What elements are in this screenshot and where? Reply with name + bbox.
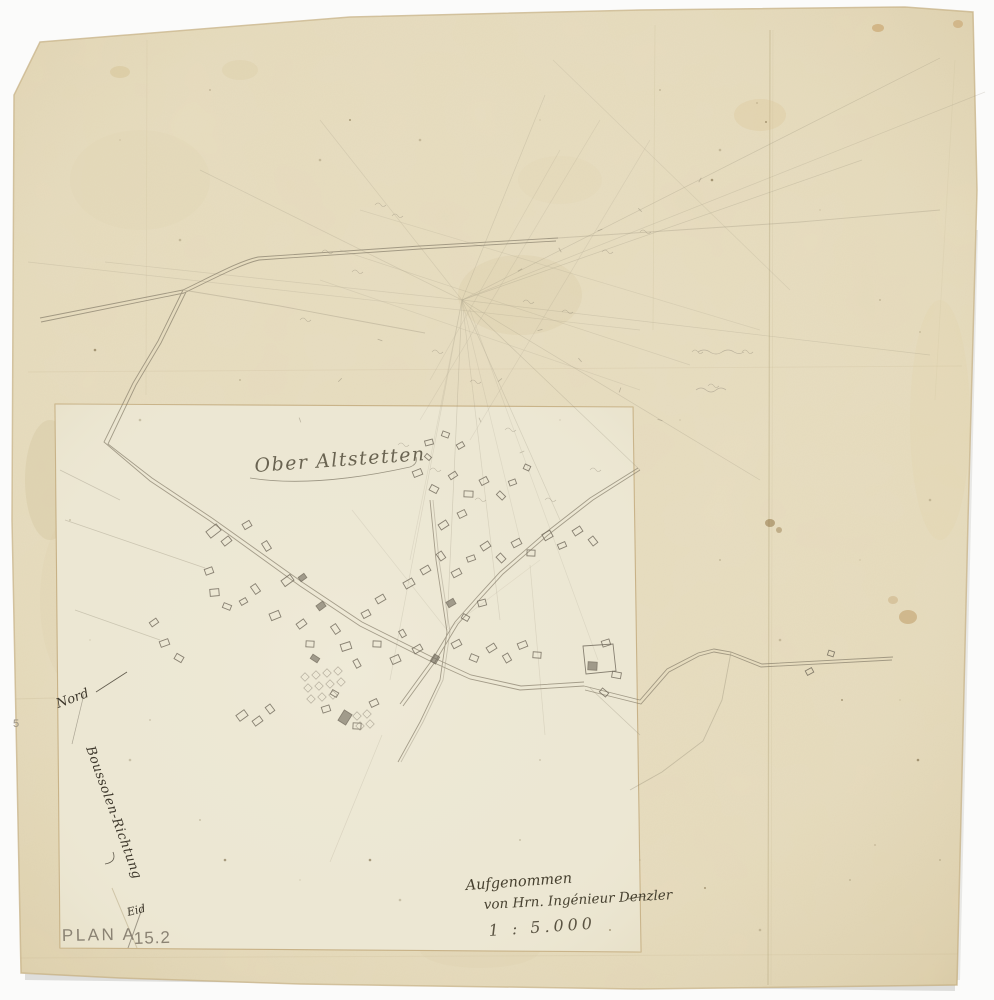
speckle xyxy=(859,559,860,560)
speckle xyxy=(199,819,201,821)
speckle xyxy=(89,639,90,640)
margin-number-label: 5 xyxy=(13,718,19,730)
speckle xyxy=(704,887,706,889)
speckle xyxy=(756,102,757,103)
scanned-map-page: Ober Altstetten Nord Boussolen-Richtung … xyxy=(0,0,994,1000)
speckle xyxy=(119,139,120,140)
speckle xyxy=(94,349,97,352)
speckle xyxy=(209,89,211,91)
speckle xyxy=(639,859,640,860)
speckle xyxy=(659,89,661,91)
speckle xyxy=(719,149,722,152)
speckle xyxy=(874,844,875,845)
speckle xyxy=(149,719,150,720)
speckle xyxy=(369,859,372,862)
speckle xyxy=(917,759,920,762)
map-scan: Ober Altstetten Nord Boussolen-Richtung … xyxy=(0,0,994,1000)
speckle xyxy=(929,499,932,502)
speckle xyxy=(539,119,540,120)
speckle xyxy=(819,209,820,210)
speckle xyxy=(899,699,900,700)
speckle xyxy=(399,899,402,902)
speckle xyxy=(539,759,540,760)
plan-prefix-label: PLAN A xyxy=(62,925,137,945)
speckle xyxy=(69,519,71,521)
speckle xyxy=(939,859,941,861)
speckle xyxy=(779,639,782,642)
speckle xyxy=(129,759,132,762)
speckle xyxy=(319,159,322,162)
speckle xyxy=(349,119,351,121)
speckle xyxy=(719,559,721,561)
speckle xyxy=(765,121,767,123)
building-footprint xyxy=(588,662,597,670)
speckle xyxy=(841,699,843,701)
speckle xyxy=(849,879,851,881)
speckle xyxy=(419,139,422,142)
speckle xyxy=(679,419,680,420)
speckle xyxy=(179,239,182,242)
speckle xyxy=(299,879,300,880)
speckle xyxy=(224,859,227,862)
speckle xyxy=(239,379,241,381)
speckle xyxy=(139,419,142,422)
plan-number-label: 15.2 xyxy=(133,928,171,948)
speckle xyxy=(759,929,762,932)
speckle xyxy=(559,419,560,420)
speckle xyxy=(519,839,521,841)
speckle xyxy=(609,929,611,931)
speckle xyxy=(879,299,881,301)
speckle xyxy=(919,331,920,332)
speckle xyxy=(711,179,714,182)
